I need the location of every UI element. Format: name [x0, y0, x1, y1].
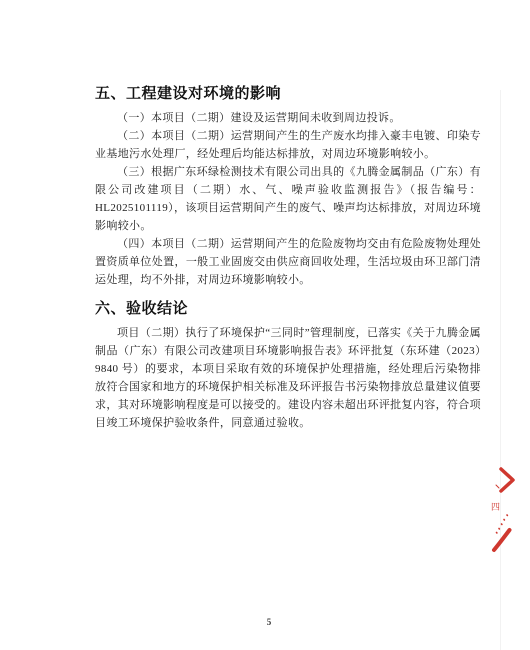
section-heading-6: 六、验收结论 [95, 299, 481, 319]
page-number: 5 [0, 617, 530, 627]
paragraph: （一）本项目（二期）建设及运营期间未收到周边投诉。 [95, 109, 481, 127]
scan-page-edge [500, 90, 501, 650]
red-small-tick [496, 485, 499, 488]
section-heading-5: 五、工程建设对环境的影响 [95, 84, 481, 104]
red-tiny-script-dots [497, 515, 508, 533]
red-ink-stamp-fragment-icon: 四 [488, 464, 528, 559]
document-page: 五、工程建设对环境的影响 （一）本项目（二期）建设及运营期间未收到周边投诉。 （… [0, 0, 530, 650]
paragraph: （二）本项目（二期）运营期间产生的生产废水均排入豪丰电镀、印染专业基地污水处理厂… [95, 127, 481, 163]
paragraph: （三）根据广东环绿检测技术有限公司出具的《九腾金属制品（广东）有限公司改建项目（… [95, 163, 481, 235]
paragraph: 项目（二期）执行了环境保护“三同时”管理制度，已落实《关于九腾金属制品（广东）有… [95, 324, 481, 432]
document-content: 五、工程建设对环境的影响 （一）本项目（二期）建设及运营期间未收到周边投诉。 （… [95, 84, 481, 432]
paragraph: （四）本项目（二期）运营期间产生的危险废物均交由有危险废物处理处置资质单位处置，… [95, 235, 481, 289]
red-ink-character: 四 [491, 502, 500, 512]
red-chevron-stroke [501, 469, 513, 491]
